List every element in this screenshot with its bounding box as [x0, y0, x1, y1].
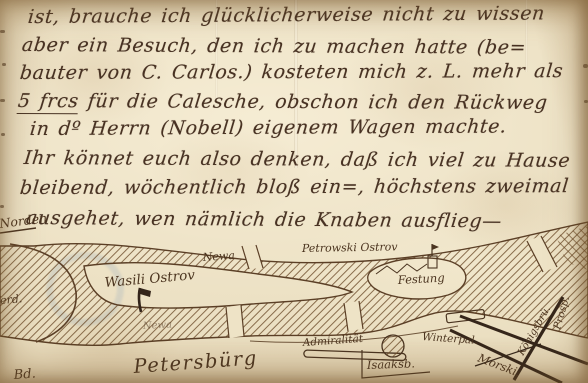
- fortress-flag: [432, 244, 439, 250]
- neva-water-hatched: [0, 222, 588, 345]
- fortress-label: Festung: [396, 271, 445, 287]
- winter-palace-label: Winterpal.: [422, 331, 479, 347]
- petersburg-label: Petersbürg: [132, 346, 259, 378]
- isaac-label: Isaaksb.: [366, 356, 416, 372]
- petrowski-ostrov-label: Petrowski Ostrov: [301, 240, 399, 255]
- church-marker-flag: [140, 288, 151, 297]
- river-water: [0, 222, 588, 345]
- bridge: [226, 305, 244, 338]
- corner-note-label: Bd.: [12, 366, 36, 383]
- river-upper-label: Newa: [201, 249, 235, 264]
- river-lower-label: Newa: [142, 319, 173, 332]
- morskaya-label: Morski.: [475, 350, 522, 379]
- sketch-map: Norden Newa Petrowski Ostrov Wasili Ostr…: [0, 0, 588, 383]
- isaac-cathedral-dome: [382, 335, 404, 357]
- bridge: [344, 301, 363, 331]
- north-label: Norden: [0, 210, 48, 231]
- wasili-ostrov-label: Wasili Ostrov: [104, 267, 196, 291]
- manuscript-page: ist, brauche ich glücklicherweise nicht …: [0, 0, 588, 383]
